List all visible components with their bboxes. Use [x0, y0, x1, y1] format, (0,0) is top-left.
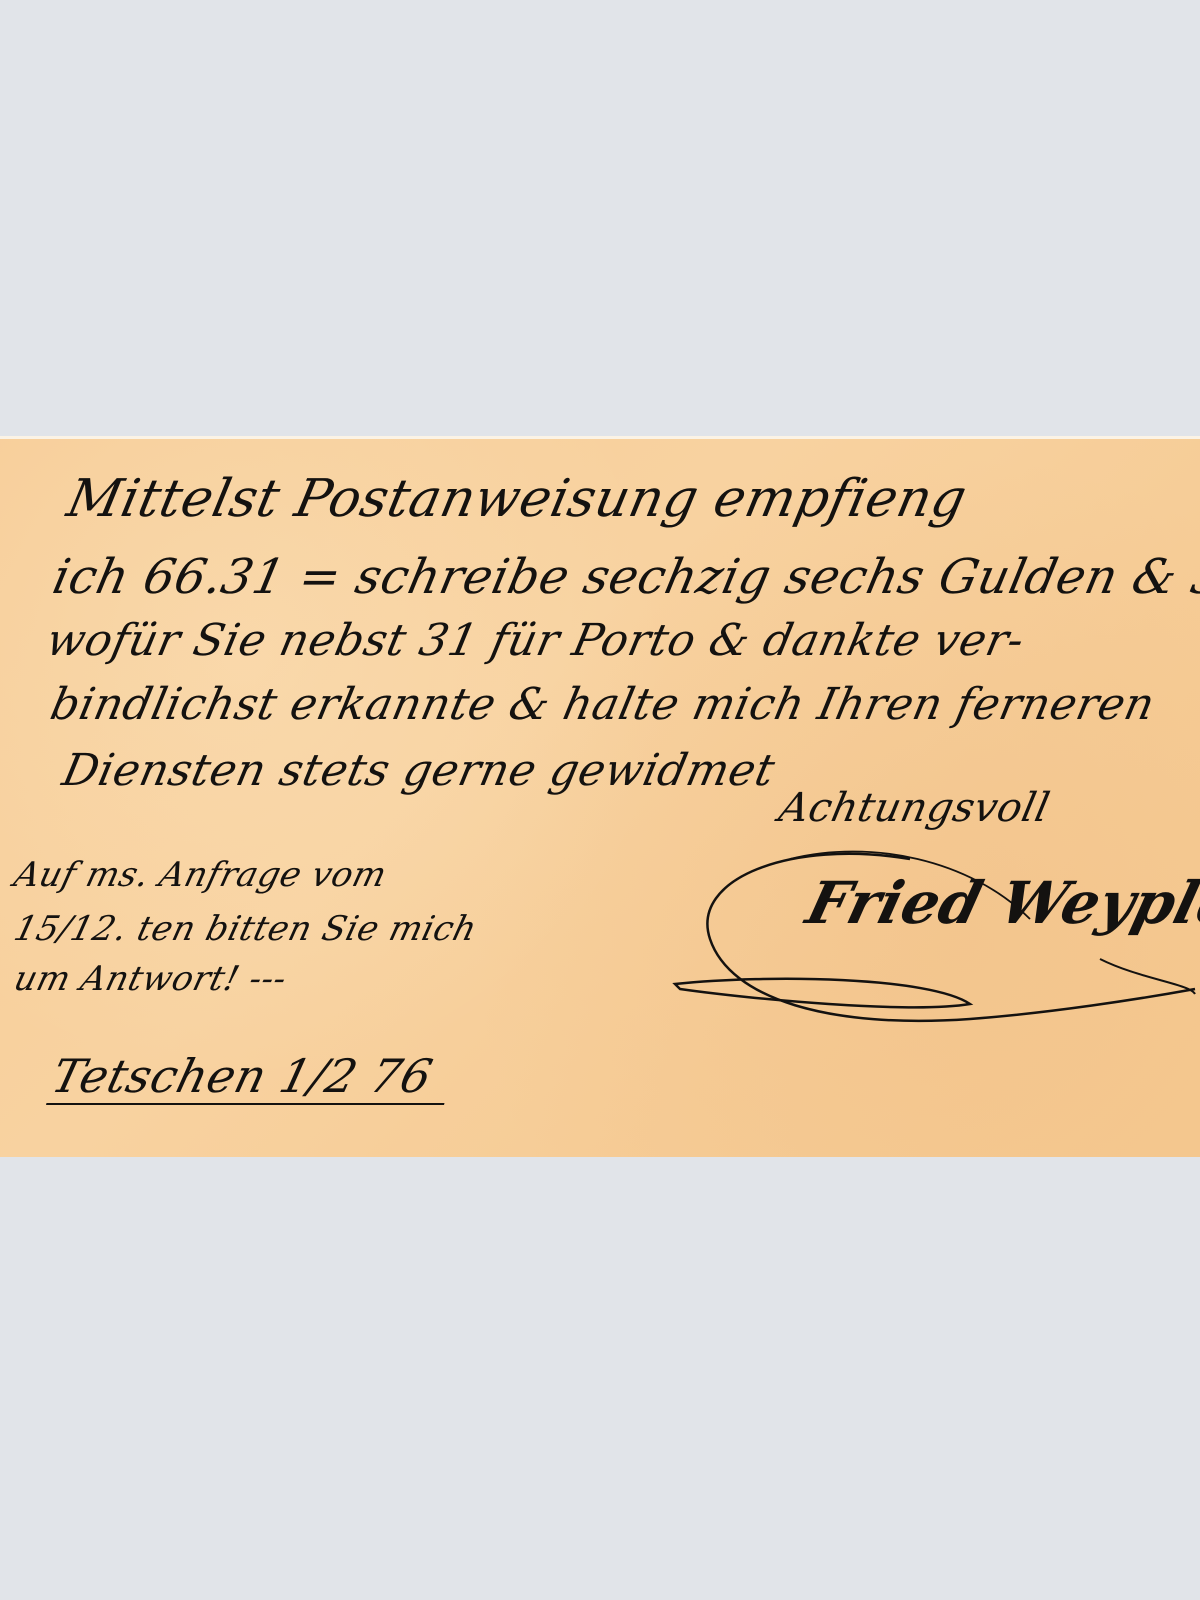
body-line-3: wofür Sie nebst 31 für Porto & dankte ve… — [42, 615, 1029, 666]
postscript-line-3: um Antwort! --- — [10, 959, 291, 999]
postcard: Mittelst Postanweisung empfieng ich 66.3… — [0, 436, 1200, 1157]
body-line-4: bindlichst erkannte & halte mich Ihren f… — [46, 679, 1159, 730]
closing-phrase: Achtungsvoll — [775, 785, 1054, 831]
body-line-1: Mittelst Postanweisung empfieng — [62, 469, 972, 529]
body-line-2: ich 66.31 = schreibe sechzig sechs Gulde… — [48, 549, 1200, 605]
signature: Fried Weyple — [800, 869, 1200, 937]
place-and-date: Tetschen 1/2 76 — [46, 1049, 458, 1105]
body-line-5: Diensten stets gerne gewidmet — [58, 745, 779, 796]
postscript-line-2: 15/12. ten bitten Sie mich — [10, 909, 481, 949]
postscript-line-1: Auf ms. Anfrage vom — [10, 855, 391, 895]
